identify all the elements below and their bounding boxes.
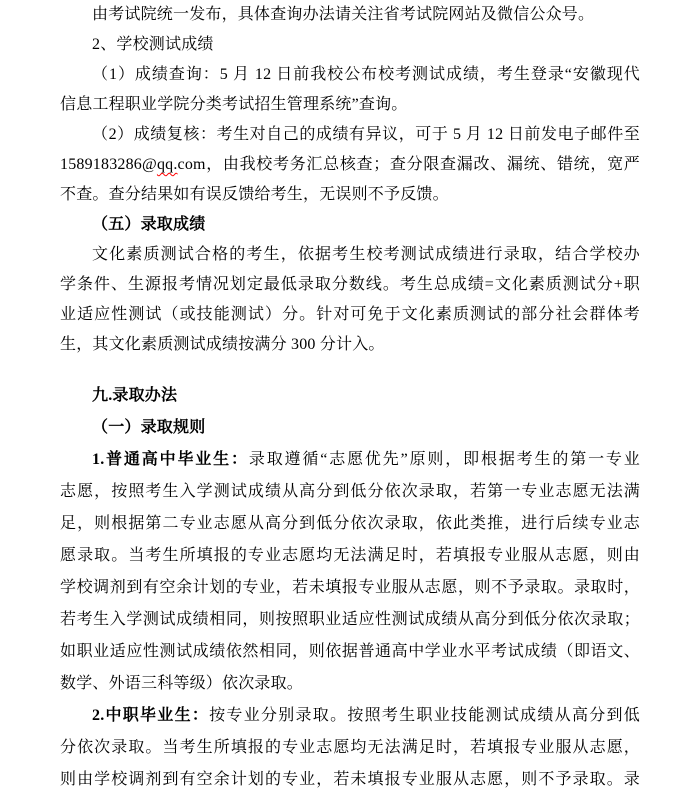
- text-line: 学条件、生源报考情况划定最低录取分数线。考生总成绩=文化素质测试分+职: [60, 270, 640, 300]
- text-line: 2.中职毕业生：按专业分别录取。按照考生职业技能测试成绩从高分到低: [60, 700, 640, 732]
- text-run: 如职业适应性测试成绩依然相同，则依据普通高中学业水平考试成绩（即语文、: [60, 643, 640, 660]
- text-run: com，由我校考务汇总核查；查分限查漏改、漏统、错统，宽严: [178, 156, 640, 173]
- text-run: 信息工程职业学院分类考试招生管理系统”查询。: [60, 96, 408, 113]
- section-heading: （五）录取成绩: [60, 210, 640, 240]
- text-line: 2、学校测试成绩: [60, 30, 640, 60]
- text-line: 如职业适应性测试成绩依然相同，则依据普通高中学业水平考试成绩（即语文、: [60, 636, 640, 668]
- text-run: 按专业分别录取。按照考生职业技能测试成绩从高分到低: [209, 707, 640, 724]
- text-run: （1）成绩查询：5 月 12 日前我校公布校考测试成绩，考生登录“安徽现代: [92, 66, 640, 83]
- text-line: 学校调剂到有空余计划的专业，若未填报专业服从志愿，则不予录取。录取时，: [60, 572, 640, 604]
- text-run: （2）成绩复核：考生对自己的成绩有异议，可于 5 月 12 日前发电子邮件至: [92, 126, 640, 143]
- text-run: 2、学校测试成绩: [92, 36, 214, 53]
- bold-lead-in: 1.普通高中毕业生：: [92, 451, 249, 468]
- text-run: 则由学校调剂到有空余计划的专业，若未填报专业服从志愿，则不予录取。录: [60, 771, 640, 788]
- text-line: 1589183286@qq.com，由我校考务汇总核查；查分限查漏改、漏统、错统…: [60, 150, 640, 180]
- section-score-query: 由考试院统一发布，具体查询办法请关注省考试院网站及微信公众号。2、学校测试成绩（…: [60, 0, 640, 360]
- text-line: 文化素质测试合格的考生，依据考生校考测试成绩进行录取，结合学校办: [60, 240, 640, 270]
- section-heading: 九.录取办法: [60, 380, 640, 412]
- text-line: 信息工程职业学院分类考试招生管理系统”查询。: [60, 90, 640, 120]
- text-line: 愿录取。当考生所填报的专业志愿均无法满足时，若填报专业服从志愿，则由: [60, 540, 640, 572]
- text-line: 不查。查分结果如有误反馈给考生，无误则不予反馈。: [60, 180, 640, 210]
- text-line: （1）成绩查询：5 月 12 日前我校公布校考测试成绩，考生登录“安徽现代: [60, 60, 640, 90]
- text-run: （五）录取成绩: [92, 216, 205, 233]
- text-line: 1.普通高中毕业生：录取遵循“志愿优先”原则，即根据考生的第一专业: [60, 444, 640, 476]
- text-line: 足，则根据第二专业志愿从高分到低分依次录取，依此类推，进行后续专业志: [60, 508, 640, 540]
- text-line: 志愿，按照考生入学测试成绩从高分到低分依次录取，若第一专业志愿无法满: [60, 476, 640, 508]
- text-line: 业适应性测试（或技能测试）分。针对可免于文化素质测试的部分社会群体考: [60, 300, 640, 330]
- text-run: 志愿，按照考生入学测试成绩从高分到低分依次录取，若第一专业志愿无法满: [60, 483, 640, 500]
- text-run: 学条件、生源报考情况划定最低录取分数线。考生总成绩=文化素质测试分+职: [60, 276, 640, 293]
- text-line: （2）成绩复核：考生对自己的成绩有异议，可于 5 月 12 日前发电子邮件至: [60, 120, 640, 150]
- text-run: 业适应性测试（或技能测试）分。针对可免于文化素质测试的部分社会群体考: [60, 306, 640, 323]
- text-run: 数学、外语三科等级）依次录取。: [60, 675, 303, 692]
- text-run: 不查。查分结果如有误反馈给考生，无误则不予反馈。: [60, 186, 449, 203]
- text-line: 生，其文化素质测试成绩按满分 300 分计入。: [60, 330, 640, 360]
- text-run: 若考生入学测试成绩相同，则按照职业适应性测试成绩从高分到低分依次录取；: [60, 611, 640, 628]
- section-heading: （一）录取规则: [60, 412, 640, 444]
- text-line: 数学、外语三科等级）依次录取。: [60, 668, 640, 700]
- section-admission-rules: 九.录取办法（一）录取规则1.普通高中毕业生：录取遵循“志愿优先”原则，即根据考…: [60, 380, 640, 796]
- text-run: 足，则根据第二专业志愿从高分到低分依次录取，依此类推，进行后续专业志: [60, 515, 640, 532]
- text-run: 愿录取。当考生所填报的专业志愿均无法满足时，若填报专业服从志愿，则由: [60, 547, 640, 564]
- text-run: 文化素质测试合格的考生，依据考生校考测试成绩进行录取，结合学校办: [92, 246, 640, 263]
- spellcheck-underline: qq.: [157, 156, 178, 173]
- text-run: 生，其文化素质测试成绩按满分 300 分计入。: [60, 336, 385, 353]
- email-address: 1589183286@: [60, 156, 157, 173]
- text-line: 分依次录取。当考生所填报的专业志愿均无法满足时，若填报专业服从志愿，: [60, 732, 640, 764]
- text-run: （一）录取规则: [92, 419, 205, 436]
- text-run: 由考试院统一发布，具体查询办法请关注省考试院网站及微信公众号。: [92, 6, 594, 23]
- document-page: 由考试院统一发布，具体查询办法请关注省考试院网站及微信公众号。2、学校测试成绩（…: [0, 0, 697, 796]
- text-line: 由考试院统一发布，具体查询办法请关注省考试院网站及微信公众号。: [60, 0, 640, 30]
- text-line: 若考生入学测试成绩相同，则按照职业适应性测试成绩从高分到低分依次录取；: [60, 604, 640, 636]
- text-run: 分依次录取。当考生所填报的专业志愿均无法满足时，若填报专业服从志愿，: [60, 739, 640, 756]
- text-run: 录取遵循“志愿优先”原则，即根据考生的第一专业: [249, 451, 640, 468]
- text-run: 九.录取办法: [92, 387, 177, 404]
- bold-lead-in: 2.中职毕业生：: [92, 707, 209, 724]
- text-run: 学校调剂到有空余计划的专业，若未填报专业服从志愿，则不予录取。录取时，: [60, 579, 640, 596]
- text-line: 则由学校调剂到有空余计划的专业，若未填报专业服从志愿，则不予录取。录: [60, 764, 640, 796]
